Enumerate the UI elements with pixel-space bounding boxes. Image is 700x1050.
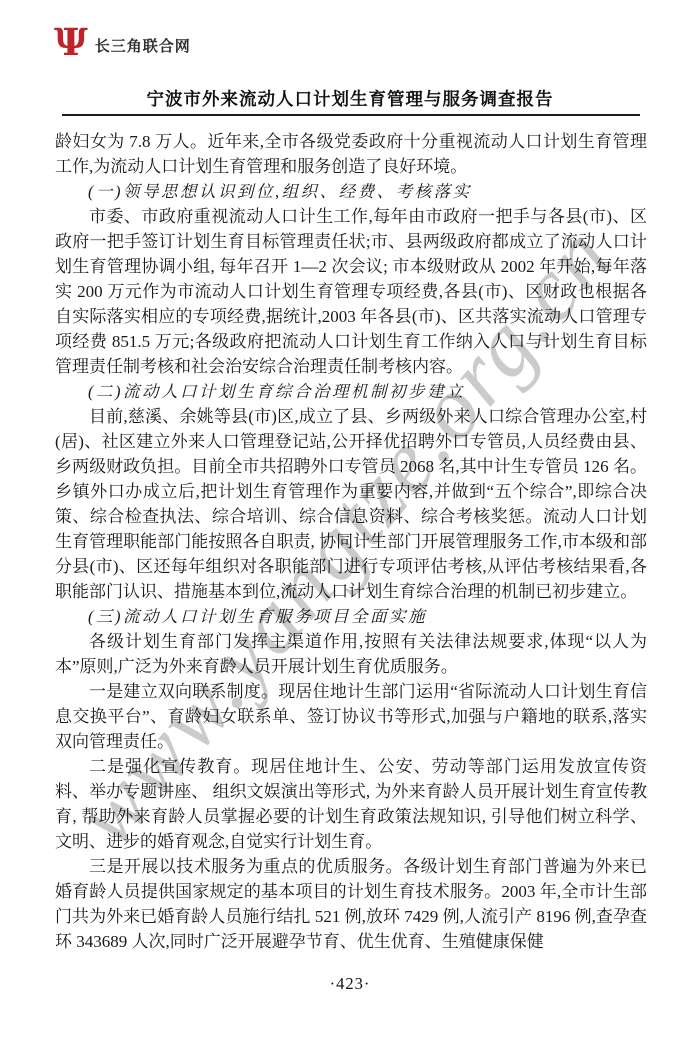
page-footer: ·423· [0, 974, 700, 994]
paragraph: 目前,慈溪、余姚等县(市)区,成立了县、乡两级外来人口综合管理办公室,村(居)、… [55, 404, 647, 604]
document-page: www.yangtze.org.cn Ψ 长三角联合网 宁波市外来流动人口计划生… [0, 0, 700, 1050]
title-divider [62, 114, 640, 116]
paragraph: 三是开展以技术服务为重点的优质服务。各级计划生育部门普遍为外来已婚育龄人员提供国… [55, 854, 647, 954]
paragraph: 一是建立双向联系制度。现居住地计生部门运用“省际流动人口计划生育信息交换平台”、… [55, 679, 647, 754]
paragraph: 市委、市政府重视流动人口计生工作,每年由市政府一把手与各县(市)、区政府一把手签… [55, 204, 647, 379]
section-heading: (一)领导思想认识到位,组织、经费、考核落实 [55, 179, 647, 204]
paragraph: 龄妇女为 7.8 万人。近年来,全市各级党委政府十分重视流动人口计划生育管理工作… [55, 129, 647, 179]
document-body: 龄妇女为 7.8 万人。近年来,全市各级党委政府十分重视流动人口计划生育管理工作… [55, 129, 647, 954]
page-number: ·423· [330, 974, 371, 993]
paragraph: 各级计划生育部门发挥主渠道作用,按照有关法律法规要求,体现“以人为本”原则,广泛… [55, 629, 647, 679]
site-header: Ψ 长三角联合网 [54, 24, 191, 61]
section-heading: (三)流动人口计划生育服务项目全面实施 [55, 604, 647, 629]
paragraph: 二是强化宣传教育。现居住地计生、公安、劳动等部门运用发放宣传资料、举办专题讲座、… [55, 754, 647, 854]
site-logo-icon: Ψ [54, 24, 88, 61]
document-title: 宁波市外来流动人口计划生育管理与服务调查报告 [0, 86, 700, 111]
section-heading: (二)流动人口计划生育综合治理机制初步建立 [55, 379, 647, 404]
site-name-label: 长三角联合网 [95, 29, 191, 56]
